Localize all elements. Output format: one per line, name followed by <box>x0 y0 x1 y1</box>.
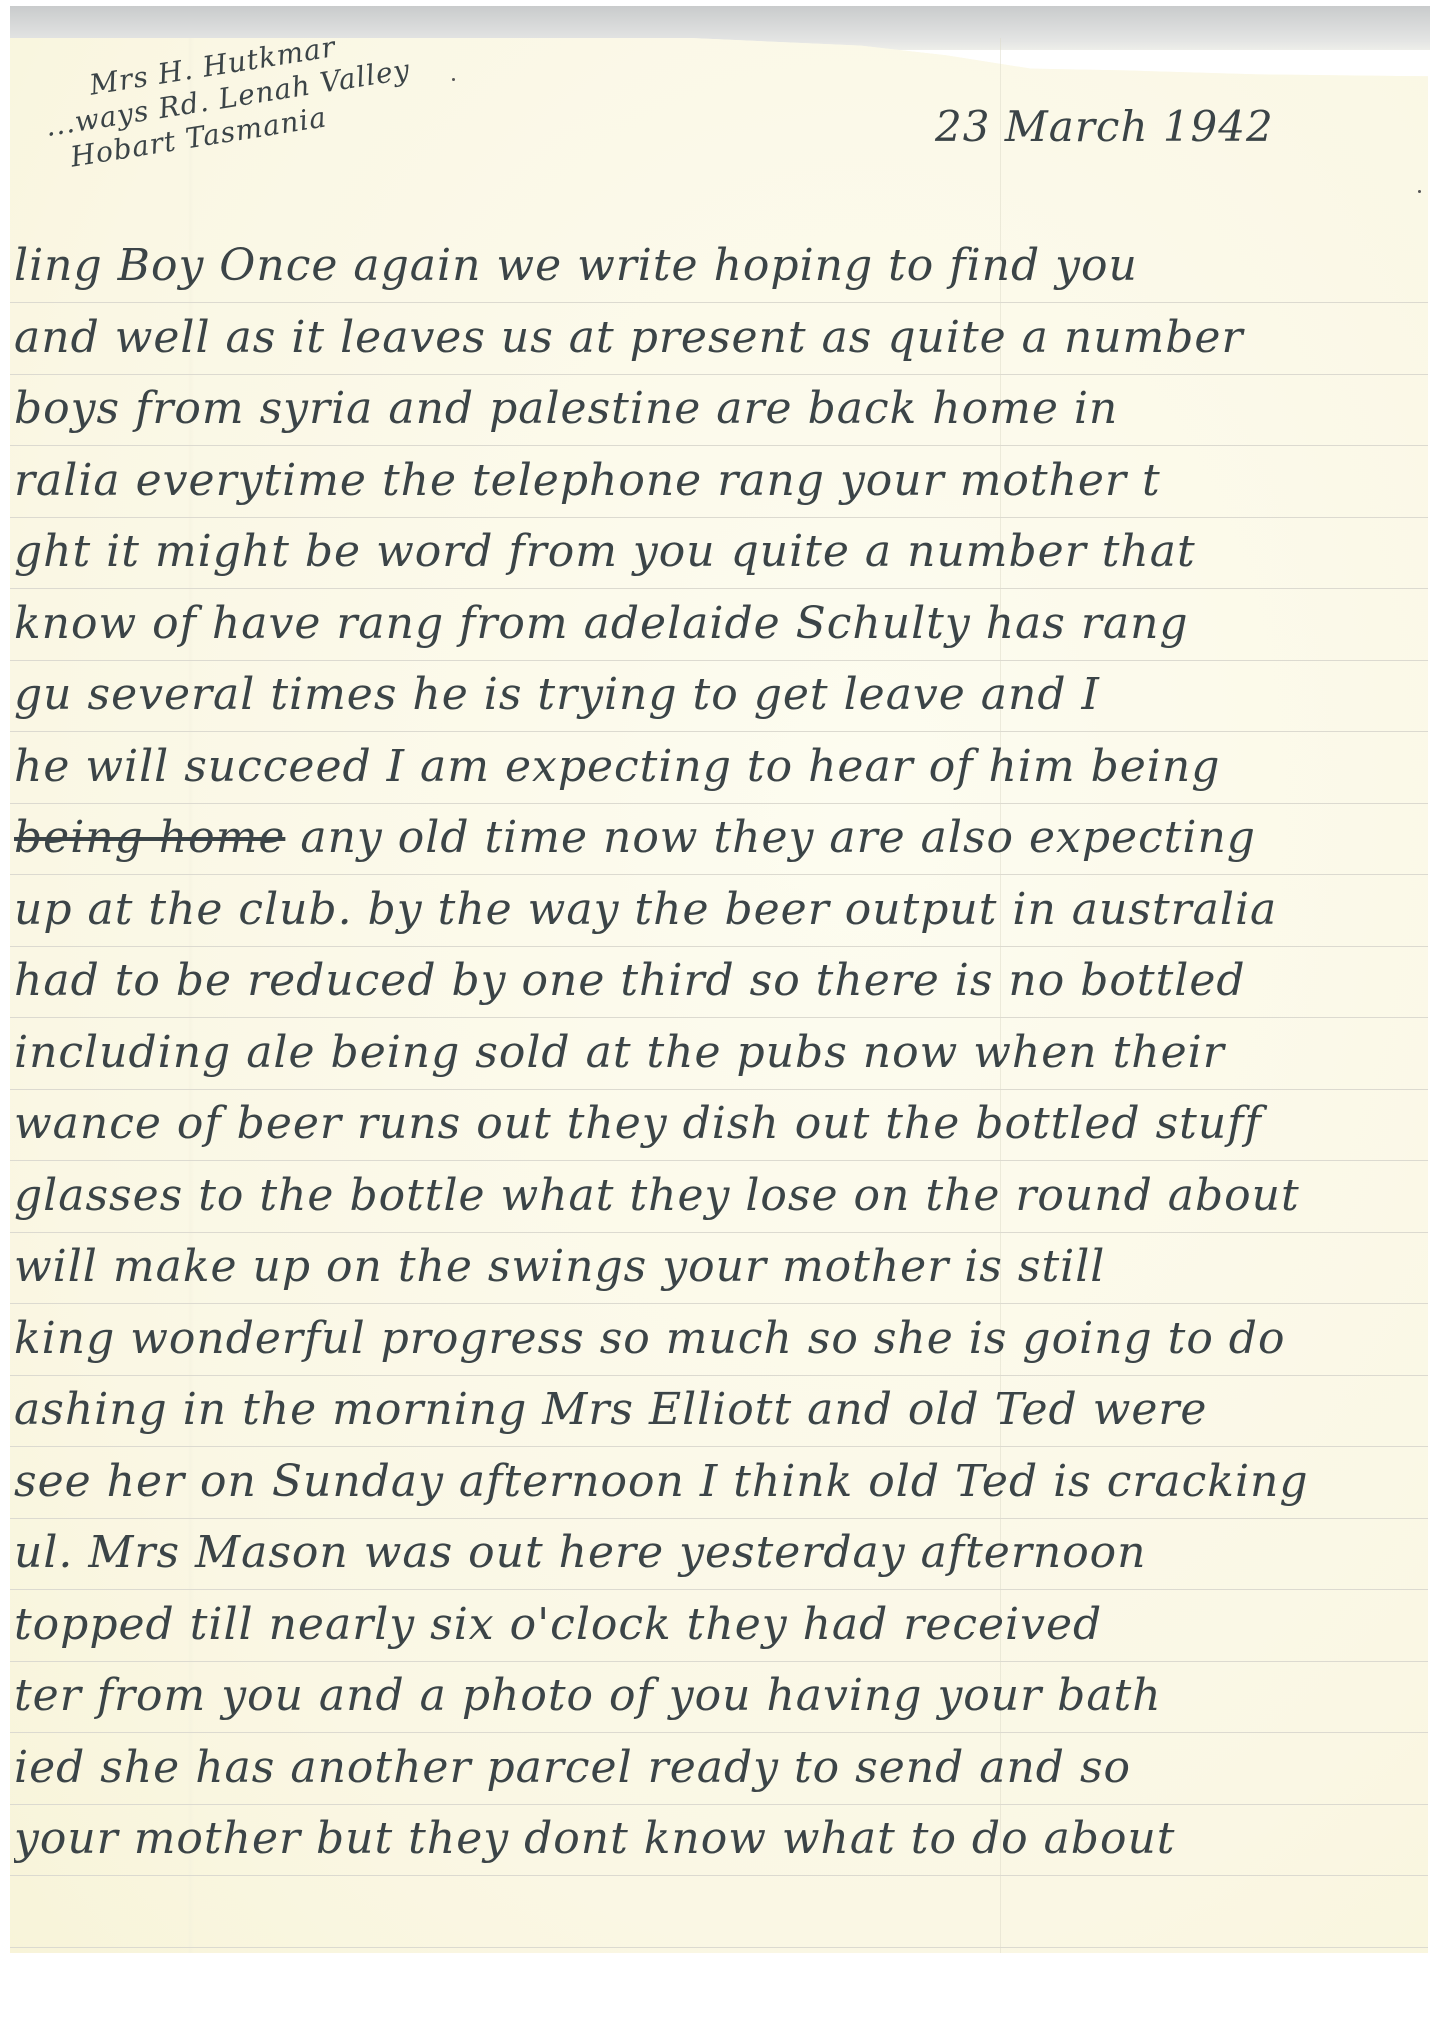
line-text: ul. Mrs Mason was out here yesterday aft… <box>14 1527 1147 1578</box>
line-text: glasses to the bottle what they lose on … <box>14 1170 1300 1221</box>
line-text: ashing in the morning Mrs Elliott and ol… <box>14 1384 1207 1435</box>
ruled-line <box>10 588 1428 589</box>
line-text: boys from syria and palestine are back h… <box>14 383 1118 434</box>
letter-line: gu several times he is trying to get lea… <box>14 665 1424 725</box>
line-text: will make up on the swings your mother i… <box>14 1241 1105 1292</box>
letter-line: know of have rang from adelaide Schulty … <box>14 594 1424 654</box>
line-text: he will succeed I am expecting to hear o… <box>14 741 1220 792</box>
ruled-line <box>10 1089 1428 1090</box>
ruled-line <box>10 1160 1428 1161</box>
letter-line: king wonderful progress so much so she i… <box>14 1309 1424 1369</box>
letter-line: ralia everytime the telephone rang your … <box>14 451 1424 511</box>
line-text: ter from you and a photo of you having y… <box>14 1670 1162 1721</box>
ruled-line <box>10 1375 1428 1376</box>
ruled-line <box>10 1589 1428 1590</box>
letter-line: wance of beer runs out they dish out the… <box>14 1094 1424 1154</box>
letter-line: ter from you and a photo of you having y… <box>14 1666 1424 1726</box>
line-text: up at the club. by the way the beer outp… <box>14 884 1277 935</box>
ink-speck <box>1418 190 1421 193</box>
line-text: had to be reduced by one third so there … <box>14 955 1246 1006</box>
ruled-line <box>10 803 1428 804</box>
ruled-line <box>10 1017 1428 1018</box>
letter-line: topped till nearly six o'clock they had … <box>14 1595 1424 1655</box>
letter-line: ling Boy Once again we write hoping to f… <box>14 236 1424 296</box>
ruled-line <box>10 1804 1428 1805</box>
ruled-line <box>10 517 1428 518</box>
letter-line: ashing in the morning Mrs Elliott and ol… <box>14 1380 1424 1440</box>
line-text: know of have rang from adelaide Schulty … <box>14 598 1189 649</box>
letter-line: and well as it leaves us at present as q… <box>14 308 1424 368</box>
letter-line: your mother but they dont know what to d… <box>14 1809 1424 1869</box>
line-text: topped till nearly six o'clock they had … <box>14 1599 1102 1650</box>
struck-through-text: being home <box>14 812 285 863</box>
ruled-line <box>10 660 1428 661</box>
line-text: including ale being sold at the pubs now… <box>14 1027 1225 1078</box>
letter-line: up at the club. by the way the beer outp… <box>14 880 1424 940</box>
letter-line: glasses to the bottle what they lose on … <box>14 1166 1424 1226</box>
letter-line: ied she has another parcel ready to send… <box>14 1738 1424 1798</box>
letter-line: ght it might be word from you quite a nu… <box>14 522 1424 582</box>
line-text: see her on Sunday afternoon I think old … <box>14 1456 1309 1507</box>
letter-line: ul. Mrs Mason was out here yesterday aft… <box>14 1523 1424 1583</box>
line-text: and well as it leaves us at present as q… <box>14 312 1244 363</box>
ruled-line <box>10 1947 1428 1948</box>
ruled-line <box>10 1661 1428 1662</box>
letter-line: had to be reduced by one third so there … <box>14 951 1424 1011</box>
line-text: gu several times he is trying to get lea… <box>14 669 1100 720</box>
line-text: ralia everytime the telephone rang your … <box>14 455 1161 506</box>
line-text: ied she has another parcel ready to send… <box>14 1742 1131 1793</box>
ruled-line <box>10 1232 1428 1233</box>
line-text: any old time now they are also expecting <box>285 812 1256 863</box>
ink-speck <box>452 78 455 81</box>
letter-line: he will succeed I am expecting to hear o… <box>14 737 1424 797</box>
ruled-line <box>10 374 1428 375</box>
letter-line: being home any old time now they are als… <box>14 808 1424 868</box>
ruled-line <box>10 1446 1428 1447</box>
letter-line: including ale being sold at the pubs now… <box>14 1023 1424 1083</box>
ruled-line <box>10 946 1428 947</box>
letter-line: will make up on the swings your mother i… <box>14 1237 1424 1297</box>
ruled-line <box>10 874 1428 875</box>
line-text: king wonderful progress so much so she i… <box>14 1313 1285 1364</box>
line-text: wance of beer runs out they dish out the… <box>14 1098 1262 1149</box>
ruled-line <box>10 1732 1428 1733</box>
letter-date: 23 March 1942 <box>935 102 1274 151</box>
line-text: ling Boy Once again we write hoping to f… <box>14 240 1138 291</box>
ruled-line <box>10 1875 1428 1876</box>
ruled-line <box>10 302 1428 303</box>
letter-line: see her on Sunday afternoon I think old … <box>14 1452 1424 1512</box>
ruled-line <box>10 1518 1428 1519</box>
ruled-line <box>10 445 1428 446</box>
letter-line: boys from syria and palestine are back h… <box>14 379 1424 439</box>
ruled-line <box>10 731 1428 732</box>
line-text: your mother but they dont know what to d… <box>14 1813 1175 1864</box>
ruled-line <box>10 1303 1428 1304</box>
line-text: ght it might be word from you quite a nu… <box>14 526 1196 577</box>
